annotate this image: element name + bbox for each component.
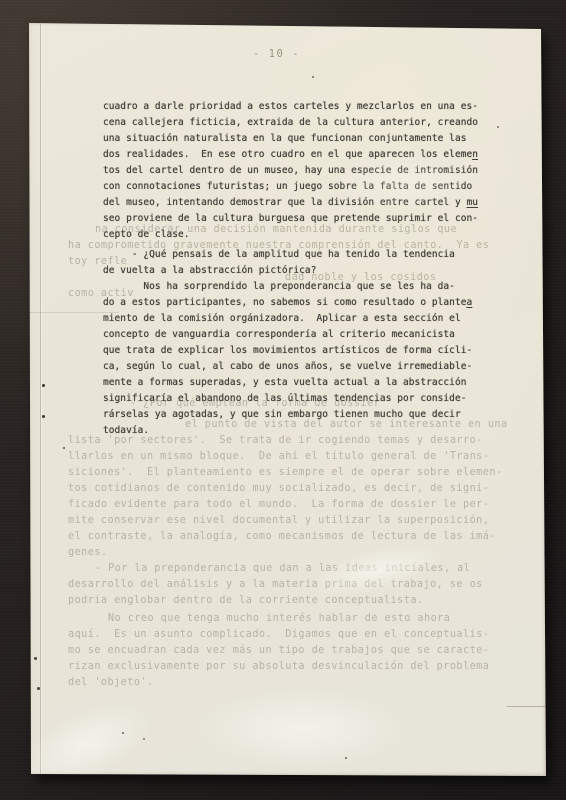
page-number: - 10 -	[253, 48, 300, 60]
paper-speck	[345, 757, 347, 759]
paper-speck	[34, 657, 37, 660]
typewritten-line: miento de la comisión orgánizadora. Apli…	[103, 311, 472, 327]
wrinkle-highlight	[327, 151, 487, 211]
typewritten-line: mente a formas superadas, y esta vuelta …	[103, 375, 472, 391]
typewritten-line: cena callejera ficticia, extraida de la …	[103, 115, 478, 131]
typewritten-line: ca, según lo cual, al cabo de unos años,…	[103, 359, 472, 375]
typewritten-line: cuadro a darle prioridad a estos cartele…	[103, 99, 478, 115]
paper-speck	[312, 76, 314, 78]
typewritten-line: una situación naturalista en la que func…	[103, 131, 478, 147]
scratch-line	[507, 706, 547, 707]
paper-speck	[42, 384, 45, 387]
paper-speck	[122, 732, 124, 734]
paper-speck	[497, 126, 499, 128]
paper-sheet: - 10 - na considerar una decisión manten…	[27, 21, 547, 778]
ghost-line: llarlos en un mismo bloque. De ahí el tí…	[68, 450, 489, 464]
paper-speck	[42, 415, 45, 418]
typewritten-line: do a estos participantes, no sabemos si …	[103, 295, 472, 311]
ghost-line: podría englobar dentro de la corriente c…	[68, 594, 424, 608]
typewritten-line: significaría el abandono de las últimas …	[103, 391, 472, 407]
ghost-line: mo se encuadran cada vez más un tipo de …	[68, 644, 489, 658]
typewritten-line: de vuelta a la abstracción pictórica?	[103, 263, 472, 279]
wrinkle-highlight	[187, 686, 417, 771]
wrinkle-highlight	[4, 682, 170, 800]
scanned-document-screenshot: { "colors": { "backdrop": "#322c28", "pa…	[0, 0, 566, 800]
typewritten-line: todavía.	[103, 423, 472, 439]
ghost-line: ficado evidente para todo el mundo. La f…	[68, 498, 489, 512]
typewritten-line: Nos ha sorprendido la preponderancia que…	[103, 279, 472, 295]
typewritten-block-2: - ¿Qué pensais de la amplitud que ha ten…	[103, 247, 472, 439]
paper-speck	[63, 447, 65, 449]
typewritten-line: - ¿Qué pensais de la amplitud que ha ten…	[103, 247, 472, 263]
ghost-line: siciones'. El planteamiento es siempre e…	[68, 466, 503, 480]
typewritten-line: concepto de vanguardia correspondería al…	[103, 327, 472, 343]
paper-shadow: - 10 - na considerar una decisión manten…	[0, 0, 566, 800]
typewritten-line: cepto de clase.	[103, 227, 478, 243]
ghost-line: No creo que tenga mucho interés hablar d…	[108, 612, 450, 626]
ghost-line: tos cotidianos de contenido muy socializ…	[68, 482, 489, 496]
typewritten-line: seo proviene de la cultura burguesa que …	[103, 211, 478, 227]
paper-speck	[37, 687, 40, 690]
typewritten-line: que trata de explicar los movimientos ar…	[103, 343, 472, 359]
paper-speck	[143, 738, 145, 740]
ghost-line: rizan exclusivamente por su absoluta des…	[68, 660, 489, 674]
fold-crease	[40, 21, 41, 778]
typewritten-line: rárselas ya agotadas, y que sin embargo …	[103, 407, 472, 423]
ghost-line: aquí. Es un asunto complicado. Digamos q…	[68, 628, 489, 642]
ghost-line: genes.	[68, 546, 108, 560]
ghost-line: mite conservar ese nivel documental y ut…	[68, 514, 489, 528]
